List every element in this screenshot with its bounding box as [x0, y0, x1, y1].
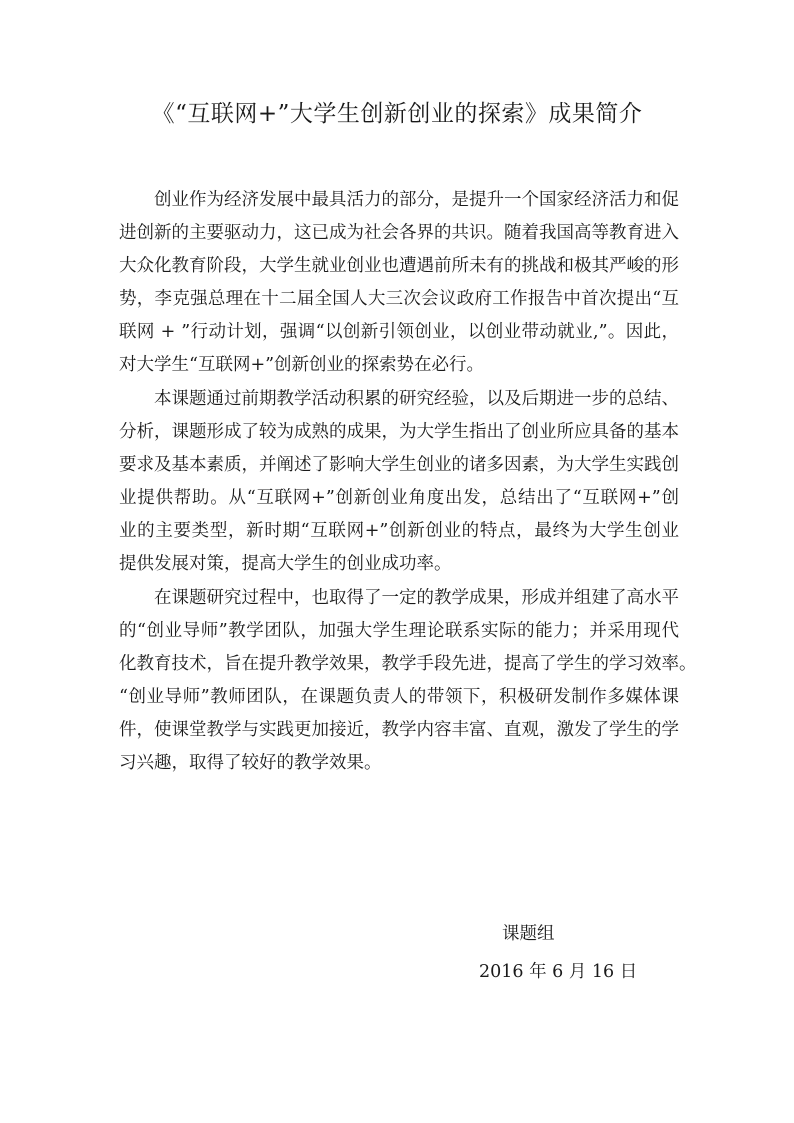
paragraph-teaching-results: 在课题研究过程中，也取得了一定的教学成果，形成并组建了高水平 的“创业导师”教学… [119, 582, 679, 780]
text-line: 分析，课题形成了较为成熟的成果，为大学生指出了创业所应具备的基本 [119, 416, 679, 449]
text-line: 对大学生“互联网+”创新创业的探索势在必行。 [119, 349, 679, 382]
text-line: 创业作为经济发展中最具活力的部分，是提升一个国家经济活力和促 [119, 184, 679, 217]
text-line: 化教育技术，旨在提升教学效果，教学手段先进，提高了学生的学习效率。 [119, 648, 679, 681]
text-line: 在课题研究过程中，也取得了一定的教学成果，形成并组建了高水平 [119, 582, 679, 615]
text-line: 业的主要类型，新时期“互联网+”创新创业的特点，最终为大学生创业 [119, 515, 679, 548]
text-line: 提供发展对策，提高大学生的创业成功率。 [119, 548, 679, 581]
text-line: 习兴趣，取得了较好的教学效果。 [119, 747, 679, 780]
signature-group: 课题组 [502, 922, 555, 946]
text-line: 业提供帮助。从“互联网+”创新创业角度出发，总结出了“互联网+”创 [119, 482, 679, 515]
text-line: 的“创业导师”教学团队，加强大学生理论联系实际的能力；并采用现代 [119, 615, 679, 648]
text-line: 本课题通过前期教学活动积累的研究经验，以及后期进一步的总结、 [119, 383, 679, 416]
text-line: 件，使课堂教学与实践更加接近，教学内容丰富、直观，激发了学生的学 [119, 714, 679, 747]
text-line: 进创新的主要驱动力，这已成为社会各界的共识。随着我国高等教育进入 [119, 217, 679, 250]
paragraph-background: 创业作为经济发展中最具活力的部分，是提升一个国家经济活力和促 进创新的主要驱动力… [119, 184, 679, 382]
paragraph-research-outcomes: 本课题通过前期教学活动积累的研究经验，以及后期进一步的总结、 分析，课题形成了较… [119, 383, 679, 581]
signature-date: 2016 年 6 月 16 日 [479, 960, 637, 984]
text-line: 大众化教育阶段，大学生就业创业也遭遇前所未有的挑战和极其严峻的形 [119, 250, 679, 283]
text-line: 联网 + ”行动计划，强调“以创新引领创业，以创业带动就业,”。因此， [119, 316, 679, 349]
text-line: “创业导师”教师团队，在课题负责人的带领下，积极研发制作多媒体课 [119, 681, 679, 714]
text-line: 势，李克强总理在十二届全国人大三次会议政府工作报告中首次提出“互 [119, 283, 679, 316]
text-line: 要求及基本素质，并阐述了影响大学生创业的诸多因素，为大学生实践创 [119, 449, 679, 482]
document-title: 《“互联网+”大学生创新创业的探索》成果简介 [0, 98, 794, 130]
